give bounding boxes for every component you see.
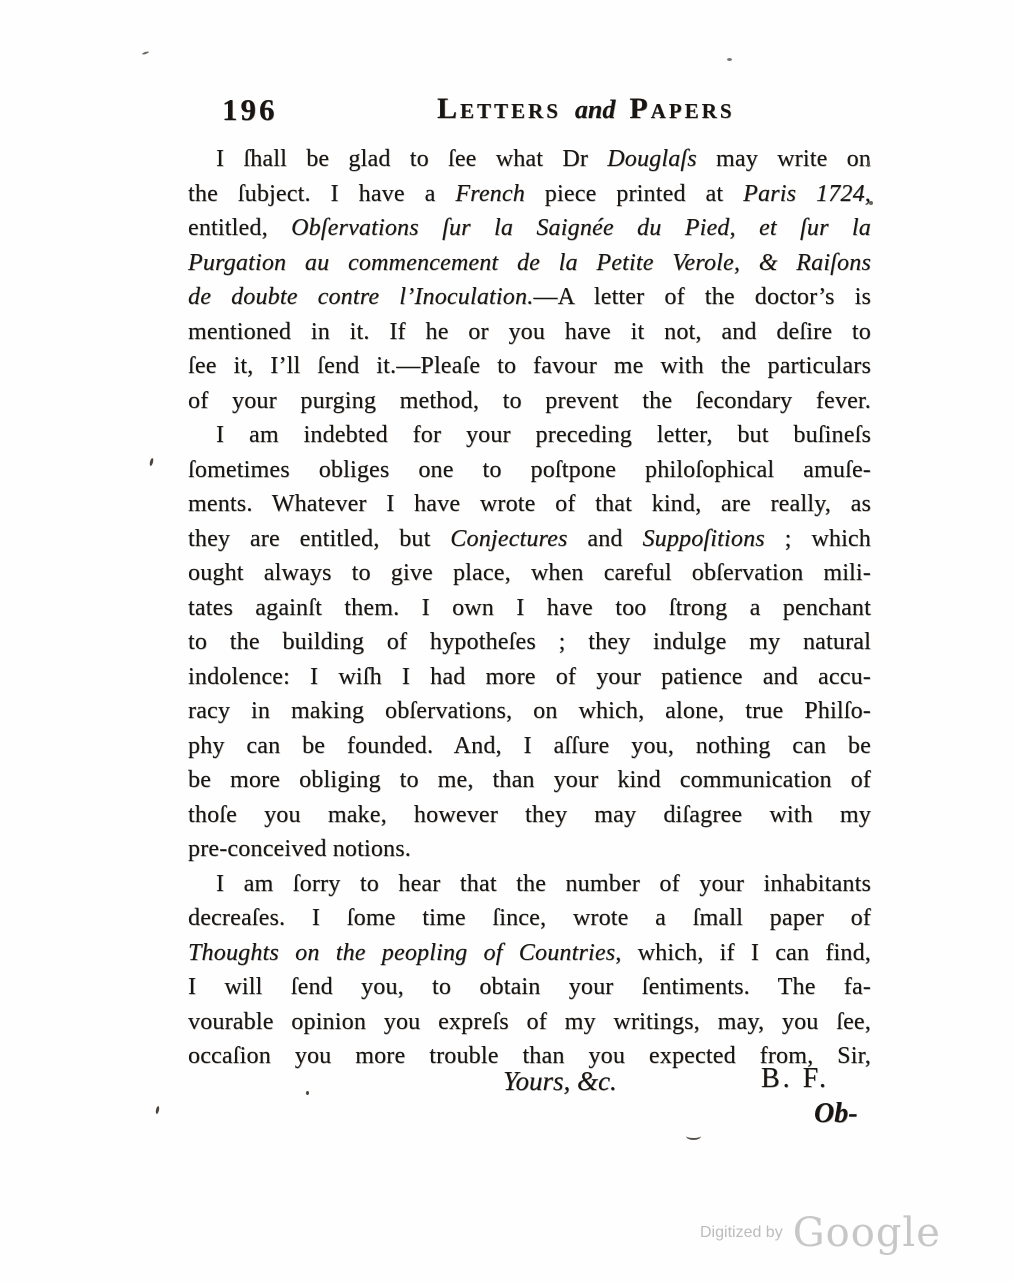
digitization-watermark: Digitized by Google	[700, 1210, 941, 1256]
text-line: to the building of hypotheſes ; they ind…	[188, 625, 871, 660]
text-line: ſee it, I’ll ſend it.—Pleaſe to favour m…	[188, 349, 871, 384]
text-segment: vourable opinion you expreſs of my writi…	[188, 1009, 871, 1035]
text-segment: mentioned in it. If he or you have it no…	[188, 319, 871, 345]
text-line: vourable opinion you expreſs of my writi…	[188, 1005, 871, 1040]
text-segment: I ſhall be glad to ſee what Dr	[216, 146, 607, 172]
text-segment: I am ſorry to hear that the number of yo…	[216, 871, 871, 897]
text-line: I am indebted for your preceding letter,…	[188, 418, 871, 453]
text-segment: decreaſes. I ſome time ſince, wrote a ſm…	[188, 905, 871, 931]
text-line: Thoughts on the peopling of Countries, w…	[188, 936, 871, 971]
running-title-word-papers: Papers	[629, 92, 734, 126]
italic-text-segment: Suppoſitions	[642, 526, 764, 552]
text-line: thoſe you make, however they may diſagre…	[188, 798, 871, 833]
italic-text-segment: French	[455, 181, 525, 207]
text-line: ought always to give place, when careful…	[188, 556, 871, 591]
text-segment: phy can be founded. And, I aſſure you, n…	[188, 733, 871, 759]
text-line: entitled, Obſervations ſur la Saignée du…	[188, 211, 871, 246]
text-segment: piece printed at	[525, 181, 743, 207]
text-segment: they are entitled, but	[188, 526, 450, 552]
text-segment: indolence: I wiſh I had more of your pat…	[188, 664, 871, 690]
running-title-word-letters: Letters	[437, 92, 561, 126]
text-segment: tates againſt them. I own I have too ſtr…	[188, 595, 871, 621]
text-line: I am ſorry to hear that the number of yo…	[188, 867, 871, 902]
text-line: ſometimes obliges one to poſtpone philoſ…	[188, 453, 871, 488]
scan-speck	[306, 1091, 309, 1095]
text-line: ments. Whatever I have wrote of that kin…	[188, 487, 871, 522]
text-line: they are entitled, but Conjectures and S…	[188, 522, 871, 557]
page-number: 196	[222, 92, 278, 128]
text-line: de doubte contre l’Inoculation.—A letter…	[188, 280, 871, 315]
text-line: tates againſt them. I own I have too ſtr…	[188, 591, 871, 626]
text-segment: and	[568, 526, 643, 552]
text-line: racy in making obſervations, on which, a…	[188, 694, 871, 729]
scan-speck	[142, 51, 149, 55]
text-line: indolence: I wiſh I had more of your pat…	[188, 660, 871, 695]
text-segment: I will ſend you, to obtain your ſentimen…	[188, 974, 871, 1000]
text-line: I ſhall be glad to ſee what Dr Douglaſs …	[188, 142, 871, 177]
scan-speck	[727, 58, 732, 61]
text-segment: may write on	[697, 146, 871, 172]
google-logo: Google	[793, 1210, 941, 1256]
italic-text-segment: Obſervations ſur la Saignée du Pied, et …	[291, 215, 871, 241]
text-line: the ſubject. I have a French piece print…	[188, 177, 871, 212]
text-line: decreaſes. I ſome time ſince, wrote a ſm…	[188, 901, 871, 936]
text-segment: , which, if I can find,	[615, 940, 871, 966]
text-line: Purgation au commencement de la Petite V…	[188, 246, 871, 281]
scan-speck	[155, 1106, 160, 1114]
italic-text-segment: Purgation au commencement de la Petite V…	[188, 250, 871, 276]
running-title: Letters and Papers	[437, 92, 735, 126]
text-line: of your purging method, to prevent the ſ…	[188, 384, 871, 419]
text-segment: entitled,	[188, 215, 291, 241]
scan-speck	[867, 160, 870, 167]
text-segment: be more obliging to me, than your kind c…	[188, 767, 871, 793]
book-page: 196 Letters and Papers I ſhall be glad t…	[0, 0, 1014, 1282]
italic-text-segment: Paris 1724,	[743, 181, 871, 207]
text-segment: —A letter of the doctor’s is	[533, 284, 871, 310]
text-segment: ought always to give place, when careful…	[188, 560, 871, 586]
text-segment: ſee it, I’ll ſend it.—Pleaſe to favour m…	[188, 353, 871, 379]
text-line: mentioned in it. If he or you have it no…	[188, 315, 871, 350]
text-segment: thoſe you make, however they may diſagre…	[188, 802, 871, 828]
text-segment: I am indebted for your preceding letter,…	[216, 422, 871, 448]
letter-body-text: I ſhall be glad to ſee what Dr Douglaſs …	[188, 142, 871, 1074]
signature-closing: Yours, &c.	[503, 1066, 617, 1097]
text-segment: ; which	[765, 526, 871, 552]
signature-initials: B. F.	[761, 1063, 829, 1095]
text-segment: ments. Whatever I have wrote of that kin…	[188, 491, 871, 517]
text-segment: to the building of hypotheſes ; they ind…	[188, 629, 871, 655]
text-line: phy can be founded. And, I aſſure you, n…	[188, 729, 871, 764]
text-line: pre-conceived notions.	[188, 832, 871, 867]
text-segment: of your purging method, to prevent the ſ…	[188, 388, 871, 414]
italic-text-segment: Douglaſs	[607, 146, 697, 172]
text-segment: racy in making obſervations, on which, a…	[188, 698, 871, 724]
running-title-conjunction: and	[575, 95, 615, 125]
scan-speck	[869, 201, 873, 205]
catchword: Ob-	[814, 1098, 858, 1130]
scan-speck	[686, 1132, 701, 1140]
watermark-prefix-label: Digitized by	[700, 1224, 783, 1242]
italic-text-segment: de doubte contre l’Inoculation.	[188, 284, 533, 310]
text-segment: the ſubject. I have a	[188, 181, 455, 207]
text-segment: ſometimes obliges one to poſtpone philoſ…	[188, 457, 871, 483]
italic-text-segment: Conjectures	[450, 526, 567, 552]
text-line: be more obliging to me, than your kind c…	[188, 763, 871, 798]
text-line: I will ſend you, to obtain your ſentimen…	[188, 970, 871, 1005]
text-segment: pre-conceived notions.	[188, 836, 411, 862]
italic-text-segment: Thoughts on the peopling of Countries	[188, 940, 615, 966]
scan-speck	[149, 458, 154, 466]
